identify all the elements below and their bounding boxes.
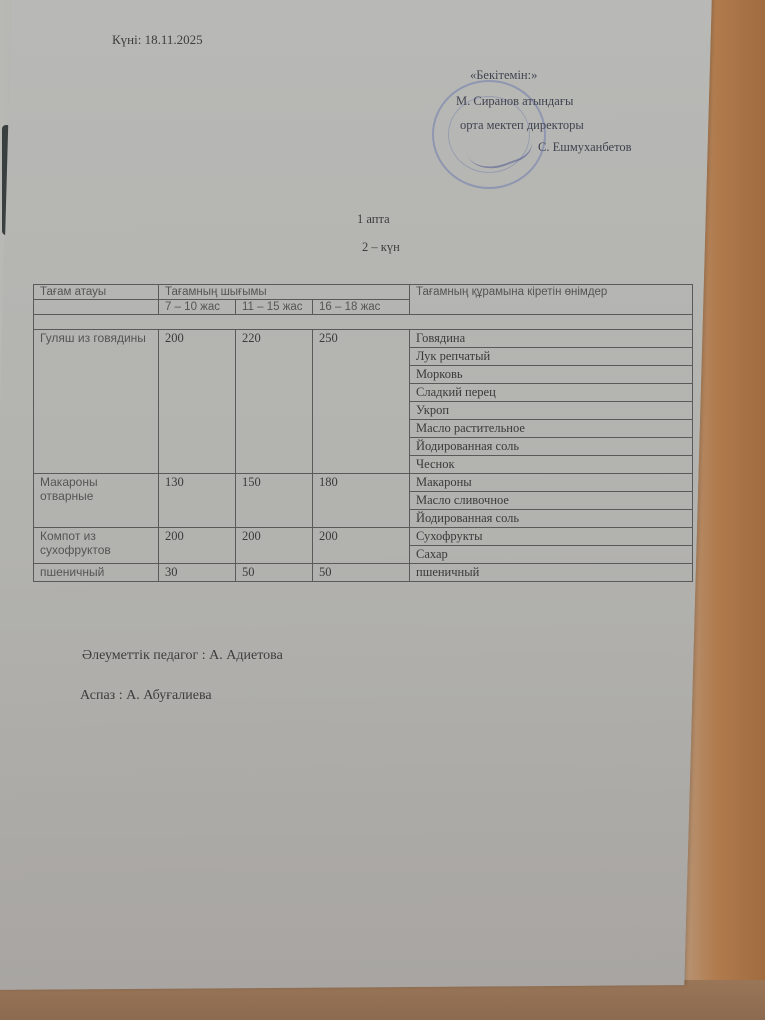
header-dish-name: Тағам атауы	[34, 285, 159, 300]
table-header-row: Тағам атауы Тағамның шығымы Тағамның құр…	[34, 285, 693, 300]
portion-7-10: 200	[159, 528, 236, 564]
ingredient: Сахар	[410, 546, 693, 564]
portion-16-18: 180	[313, 474, 410, 528]
header-age-11-15: 11 – 15 жас	[236, 300, 313, 315]
cook-signature: Аспаз : А. Абуғалиева	[80, 688, 212, 704]
ingredient: Макароны	[410, 474, 693, 492]
header-age-7-10: 7 – 10 жас	[159, 300, 236, 315]
portion-16-18: 50	[313, 564, 410, 582]
ingredient: Масло сливочное	[410, 492, 693, 510]
portion-11-15: 220	[236, 330, 313, 474]
ingredient: Укроп	[410, 402, 693, 420]
header-yield: Тағамның шығымы	[159, 285, 410, 300]
approval-line-2: орта мектеп директоры	[460, 118, 584, 133]
dish-name: Макароны отварные	[34, 474, 159, 528]
portion-16-18: 200	[313, 528, 410, 564]
portion-7-10: 130	[159, 474, 236, 528]
ingredient: Йодированная соль	[410, 438, 693, 456]
day-label: 2 – күн	[362, 240, 400, 255]
header-age-16-18: 16 – 18 жас	[313, 300, 410, 315]
ingredient: Сладкий перец	[410, 384, 693, 402]
ingredient: Чеснок	[410, 456, 693, 474]
portion-16-18: 250	[313, 330, 410, 474]
ingredient: Йодированная соль	[410, 510, 693, 528]
ingredient: Лук репчатый	[410, 348, 693, 366]
week-label: 1 апта	[357, 212, 390, 227]
dish-name: Компот из сухофруктов	[34, 528, 159, 564]
table-row: Компот из сухофруктов 200 200 200 Сухофр…	[34, 528, 693, 546]
menu-table: Тағам атауы Тағамның шығымы Тағамның құр…	[33, 284, 693, 582]
portion-7-10: 200	[159, 330, 236, 474]
portion-7-10: 30	[159, 564, 236, 582]
ingredient: Сухофрукты	[410, 528, 693, 546]
portion-11-15: 200	[236, 528, 313, 564]
approval-title: «Бекітемін:»	[470, 68, 537, 83]
portion-11-15: 150	[236, 474, 313, 528]
document-date: Күні: 18.11.2025	[112, 32, 203, 48]
ingredient: Говядина	[410, 330, 693, 348]
approval-signatory: С. Ешмуханбетов	[538, 140, 632, 155]
table-row: пшеничный 30 50 50 пшеничный	[34, 564, 693, 582]
header-ingredients: Тағамның құрамына кіретін өнімдер	[410, 285, 693, 315]
ingredient: Морковь	[410, 366, 693, 384]
ingredient: Масло растительное	[410, 420, 693, 438]
ingredient: пшеничный	[410, 564, 693, 582]
social-pedagogue-signature: Әлеуметтік педагог : А. Адиетова	[82, 648, 283, 664]
approval-line-1: М. Сиранов атындағы	[456, 94, 573, 109]
menu-document: Күні: 18.11.2025 «Бекітемін:» М. Сиранов…	[0, 0, 765, 1020]
table-row: Макароны отварные 130 150 180 Макароны	[34, 474, 693, 492]
dish-name: Гуляш из говядины	[34, 330, 159, 474]
dish-name: пшеничный	[34, 564, 159, 582]
table-row: Гуляш из говядины 200 220 250 Говядина	[34, 330, 693, 348]
portion-11-15: 50	[236, 564, 313, 582]
